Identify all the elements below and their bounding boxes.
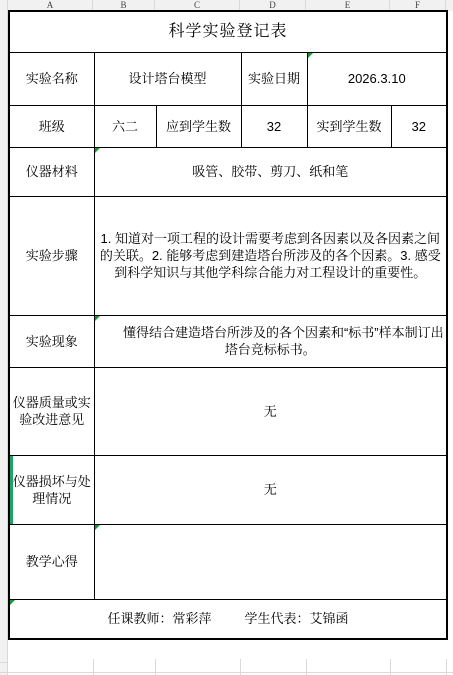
damage-label-cell[interactable]: 仪器损坏与处理情况 — [9, 455, 94, 524]
quality-value-cell[interactable]: 无 — [94, 367, 447, 455]
actual-students-value-cell[interactable]: 32 — [391, 105, 447, 147]
text-format-marker-triangle-icon — [95, 148, 100, 153]
quality-label-cell[interactable]: 仪器质量或实验改进意见 — [9, 367, 94, 455]
text-format-marker-triangle-icon — [308, 53, 313, 58]
form-title-cell[interactable]: 科学实验登记表 — [9, 11, 447, 52]
insights-label-cell[interactable]: 教学心得 — [9, 524, 94, 599]
select-all-corner[interactable] — [0, 0, 8, 11]
quality-row: 仪器质量或实验改进意见 无 — [9, 367, 447, 455]
signature-cell[interactable]: 任课教师：常彩萍学生代表：艾锦函 — [9, 599, 447, 639]
expected-students-label-cell[interactable]: 应到学生数 — [156, 105, 241, 147]
expected-students-value-cell[interactable]: 32 — [241, 105, 307, 147]
phenomenon-value: 懂得结合建造塔台所涉及的各个因素和“标书”样本制订出塔台竞标标书。 — [123, 325, 444, 357]
phenomenon-value-cell[interactable]: 懂得结合建造塔台所涉及的各个因素和“标书”样本制订出塔台竞标标书。 — [94, 315, 447, 367]
damage-value-cell[interactable]: 无 — [94, 455, 447, 524]
insights-row: 教学心得 — [9, 524, 447, 599]
experiment-date-label-cell[interactable]: 实验日期 — [241, 52, 307, 105]
experiment-name-label-cell[interactable]: 实验名称 — [9, 52, 94, 105]
damage-row: 仪器损坏与处理情况 无 — [9, 455, 447, 524]
damage-label: 仪器损坏与处理情况 — [13, 474, 91, 506]
phenomenon-row: 实验现象 懂得结合建造塔台所涉及的各个因素和“标书”样本制订出塔台竞标标书。 — [9, 315, 447, 367]
row-strip-separator — [0, 662, 8, 663]
steps-label-cell[interactable]: 实验步骤 — [9, 196, 94, 315]
steps-value-cell[interactable]: 1. 知道对一项工程的设计需要考虑到各因素以及各因素之间的关联。2. 能够考虑到… — [94, 196, 447, 315]
text-format-marker-triangle-icon — [95, 525, 100, 530]
class-value-cell[interactable]: 六二 — [94, 105, 156, 147]
experiment-name-row: 实验名称 设计塔台模型 实验日期 2026.3.10 — [9, 52, 447, 105]
experiment-form-table: 科学实验登记表 实验名称 设计塔台模型 实验日期 2026.3.10 班级 六二… — [8, 10, 448, 640]
actual-students-label-cell[interactable]: 实到学生数 — [307, 105, 391, 147]
insights-value-cell[interactable] — [94, 524, 447, 599]
title-row: 科学实验登记表 — [9, 11, 447, 52]
class-row: 班级 六二 应到学生数 32 实到学生数 32 — [9, 105, 447, 147]
materials-row: 仪器材料 吸管、胶带、剪刀、纸和笔 — [9, 147, 447, 196]
row-header-strip — [0, 11, 8, 675]
teacher-signature: 任课教师：常彩萍 — [108, 611, 212, 626]
class-label-cell[interactable]: 班级 — [9, 105, 94, 147]
text-format-marker-triangle-icon — [10, 600, 15, 605]
phenomenon-label-cell[interactable]: 实验现象 — [9, 315, 94, 367]
steps-row: 实验步骤 1. 知道对一项工程的设计需要考虑到各因素以及各因素之间的关联。2. … — [9, 196, 447, 315]
experiment-date-value-cell[interactable]: 2026.3.10 — [307, 52, 447, 105]
experiment-date-value: 2026.3.10 — [348, 71, 406, 86]
spreadsheet-view: A B C D E F 科学实验登记表 实验名称 设计塔台模型 实验日期 202… — [0, 0, 453, 675]
materials-value-cell[interactable]: 吸管、胶带、剪刀、纸和笔 — [94, 147, 447, 196]
materials-value: 吸管、胶带、剪刀、纸和笔 — [192, 164, 348, 179]
experiment-name-value-cell[interactable]: 设计塔台模型 — [94, 52, 241, 105]
gridline — [8, 672, 453, 673]
materials-label-cell[interactable]: 仪器材料 — [9, 147, 94, 196]
row-strip-separator — [0, 672, 8, 673]
text-format-marker-triangle-icon — [95, 316, 100, 321]
signature-row: 任课教师：常彩萍学生代表：艾锦函 — [9, 599, 447, 639]
student-signature: 学生代表：艾锦函 — [245, 611, 349, 626]
green-accent-bar — [10, 456, 13, 524]
